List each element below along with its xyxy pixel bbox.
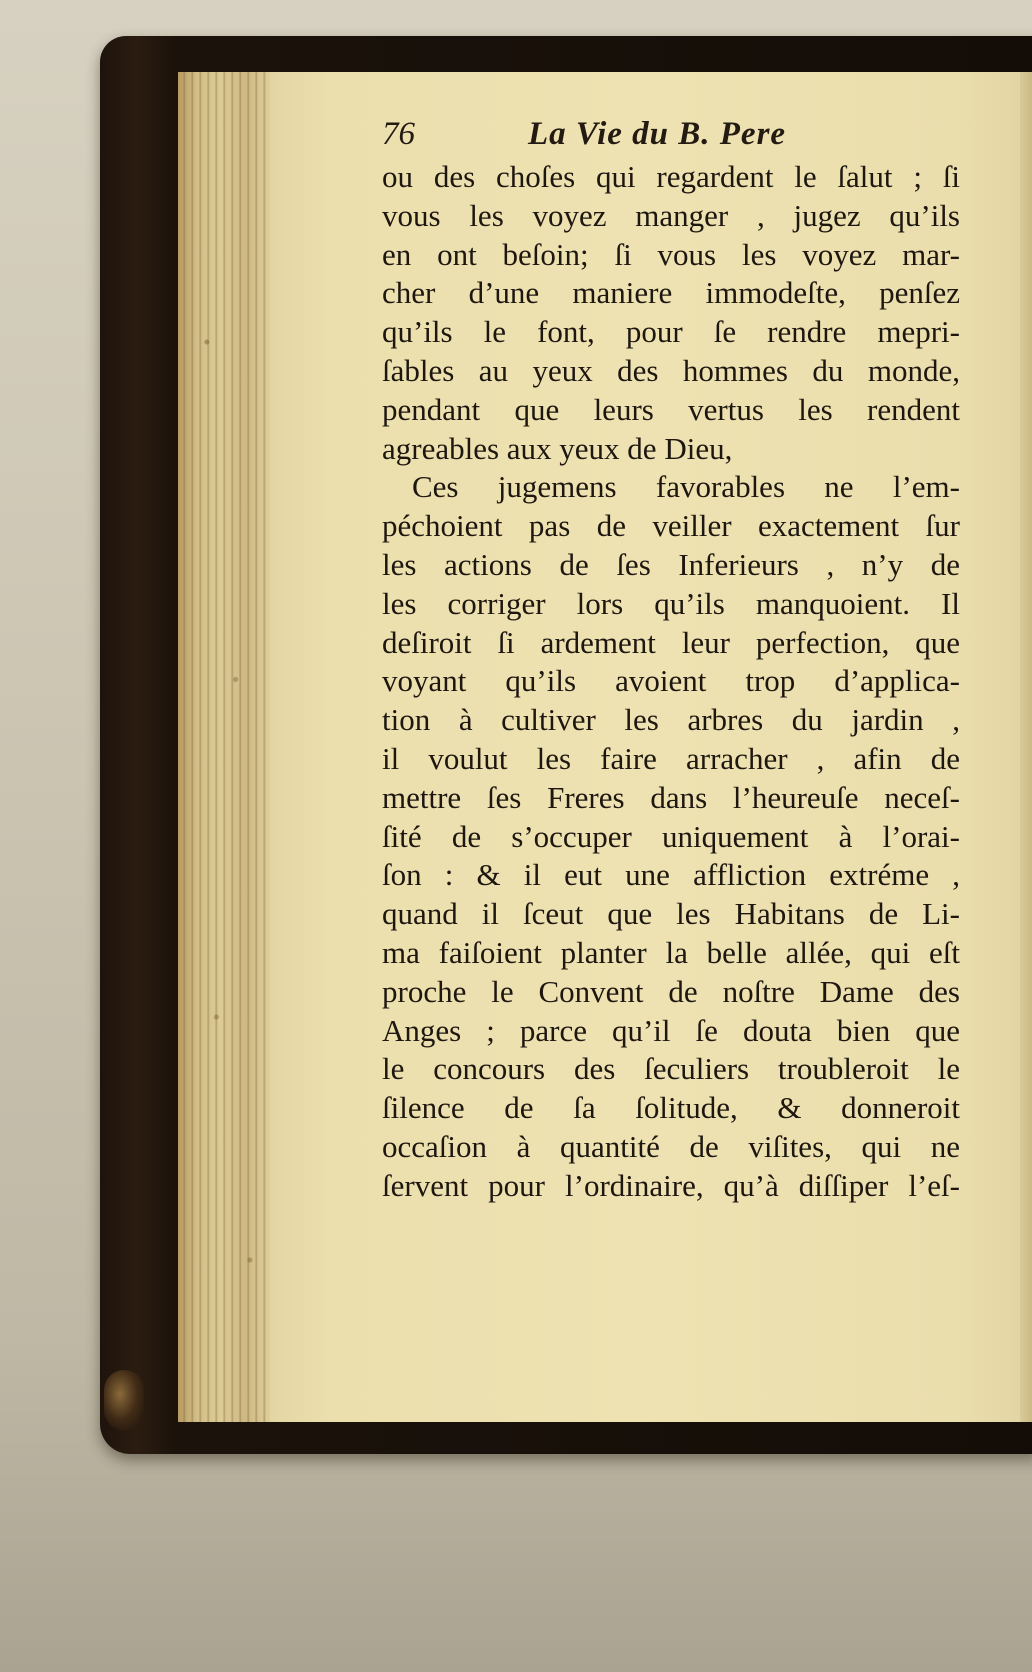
text-line: ſervent pour l’ordinaire, qu’à diſſiper … <box>382 1167 960 1206</box>
page-header: 76 La Vie du B. Pere <box>382 112 942 156</box>
text-line: qu’ils le font, pour ſe rendre mepri- <box>382 313 960 352</box>
page-body-text: ou des choſes qui regardent le ſalut ; ſ… <box>382 158 960 1206</box>
text-line: Anges ; parce qu’il ſe douta bien que <box>382 1012 960 1051</box>
text-line: ſilence de ſa ſolitude, & donneroit <box>382 1089 960 1128</box>
text-line: il voulut les faire arracher , afin de <box>382 740 960 779</box>
page-number: 76 <box>382 112 415 156</box>
page-edge-stack <box>178 72 274 1422</box>
text-line: occaſion à quantité de viſites, qui ne <box>382 1128 960 1167</box>
text-line: deſiroit ſi ardement leur perfection, qu… <box>382 624 960 663</box>
running-head: La Vie du B. Pere <box>528 112 786 156</box>
text-line: ſon : & il eut une affliction extréme , <box>382 856 960 895</box>
text-line: agreables aux yeux de Dieu, <box>382 430 960 469</box>
text-line: ſité de s’occuper uniquement à l’orai- <box>382 818 960 857</box>
text-line: ma faiſoient planter la belle allée, qui… <box>382 934 960 973</box>
text-line: les actions de ſes Inferieurs , n’y de <box>382 546 960 585</box>
text-line: voyant qu’ils avoient trop d’applica- <box>382 662 960 701</box>
text-line: tion à cultiver les arbres du jardin , <box>382 701 960 740</box>
text-line: vous les voyez manger , jugez qu’ils <box>382 197 960 236</box>
text-line: en ont beſoin; ſi vous les voyez mar- <box>382 236 960 275</box>
page-right-edge <box>1020 72 1032 1422</box>
text-line: proche le Convent de noſtre Dame des <box>382 973 960 1012</box>
binding-wear-mark <box>104 1370 144 1430</box>
text-line: les corriger lors qu’ils manquoient. Il <box>382 585 960 624</box>
text-line: le concours des ſeculiers troubleroit le <box>382 1050 960 1089</box>
text-line: cher d’une maniere immodeſte, penſez <box>382 274 960 313</box>
text-line: mettre ſes Freres dans l’heureuſe neceſ- <box>382 779 960 818</box>
text-line: ou des choſes qui regardent le ſalut ; ſ… <box>382 158 960 197</box>
text-line: Ces jugemens favorables ne l’em- <box>382 468 960 507</box>
text-line: pendant que leurs vertus les rendent <box>382 391 960 430</box>
text-line: quand il ſceut que les Habitans de Li- <box>382 895 960 934</box>
text-line: péchoient pas de veiller exactement ſur <box>382 507 960 546</box>
text-line: ſables au yeux des hommes du monde, <box>382 352 960 391</box>
